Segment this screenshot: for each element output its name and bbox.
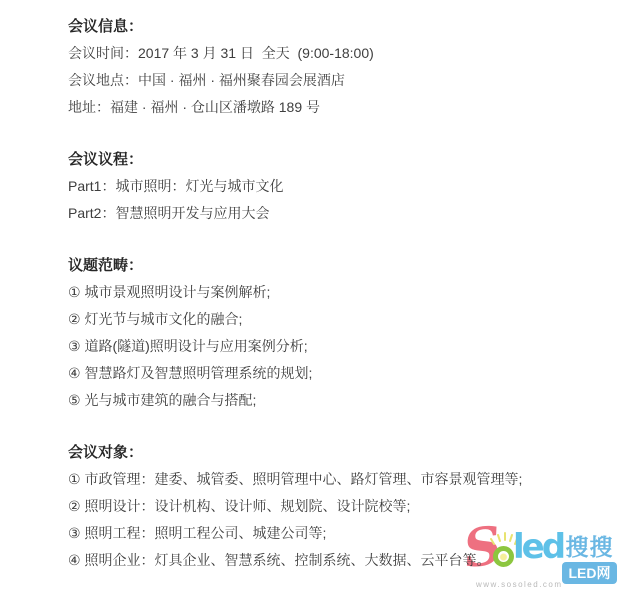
section-heading-audience: 会议对象： [68,439,589,466]
topic-item: ④ 智慧路灯及智慧照明管理系统的规划; [68,360,589,387]
topic-item: ② 灯光节与城市文化的融合; [68,306,589,333]
meeting-address-line: 地址：福建 · 福州 · 仓山区潘墩路 189 号 [68,94,589,121]
audience-item: ① 市政管理：建委、城管委、照明管理中心、路灯管理、市容景观管理等; [68,466,589,493]
agenda-part2-line: Part2：智慧照明开发与应用大会 [68,200,589,227]
section-heading-agenda: 会议议程： [68,146,589,173]
section-heading-meeting-info: 会议信息： [68,13,589,40]
agenda-part1-line: Part1：城市照明：灯光与城市文化 [68,173,589,200]
logo-url-text: www.sosoled.com [476,580,563,589]
audience-item: ④ 照明企业：灯具企业、智慧系统、控制系统、大数据、云平台等。 [68,547,589,574]
section-meeting-info: 会议信息： 会议时间：2017 年 3 月 31 日 全天 (9:00-18:0… [68,13,589,121]
audience-item: ② 照明设计：设计机构、设计师、规划院、设计院校等; [68,493,589,520]
meeting-venue-line: 会议地点：中国 · 福州 · 福州聚春园会展酒店 [68,67,589,94]
topic-item: ① 城市景观照明设计与案例解析; [68,279,589,306]
conference-info-document: 会议信息： 会议时间：2017 年 3 月 31 日 全天 (9:00-18:0… [0,0,619,574]
audience-item: ③ 照明工程：照明工程公司、城建公司等; [68,520,589,547]
topic-item: ⑤ 光与城市建筑的融合与搭配; [68,387,589,414]
section-agenda: 会议议程： Part1：城市照明：灯光与城市文化 Part2：智慧照明开发与应用… [68,146,589,227]
section-audience: 会议对象： ① 市政管理：建委、城管委、照明管理中心、路灯管理、市容景观管理等;… [68,439,589,574]
topic-item: ③ 道路(隧道)照明设计与应用案例分析; [68,333,589,360]
section-topics: 议题范畴： ① 城市景观照明设计与案例解析; ② 灯光节与城市文化的融合; ③ … [68,252,589,414]
meeting-time-line: 会议时间：2017 年 3 月 31 日 全天 (9:00-18:00) [68,40,589,67]
section-heading-topics: 议题范畴： [68,252,589,279]
